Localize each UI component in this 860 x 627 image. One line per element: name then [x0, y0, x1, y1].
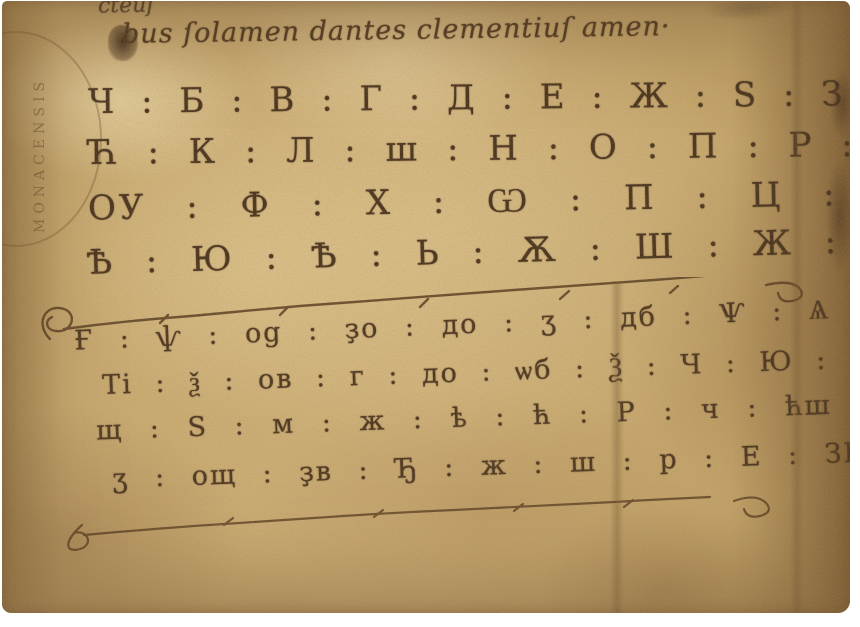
- primary-alphabet-row-3: ОУ : Ф : Х : Ѡ : П : Ц : Ш : Р :: [88, 169, 850, 228]
- primary-alphabet-row-2: Ћ : К : Л : ш : Н : О : П : Р : С : Т :: [88, 123, 850, 173]
- photo-frame: MONACENSIS cteuſ bus ſolamen dantes clem…: [0, 0, 860, 627]
- latin-header-line: bus ſolamen dantes clementiuſ amen·: [122, 11, 671, 50]
- primary-alphabet-row-1: Ч : Б : В : Г : Д : Е : Ж : Ѕ : З : Н : …: [88, 72, 850, 122]
- secondary-alphabet-row-4: ʒ : ощ : ҙв : Ђ : ж : ш : р : Е : ЗЕ :: [112, 436, 850, 495]
- flourish-divider-bottom: [44, 491, 804, 555]
- parchment-page: MONACENSIS cteuſ bus ſolamen dantes clem…: [2, 1, 850, 613]
- library-stamp-text: MONACENSIS: [32, 53, 48, 233]
- vertical-crease: [610, 281, 624, 613]
- edge-stain: [826, 159, 850, 274]
- page-fold-line: [790, 1, 804, 613]
- edge-stain: [830, 69, 850, 139]
- latin-top-fragment: cteuſ: [98, 1, 155, 18]
- top-ink-bleed: [701, 1, 793, 24]
